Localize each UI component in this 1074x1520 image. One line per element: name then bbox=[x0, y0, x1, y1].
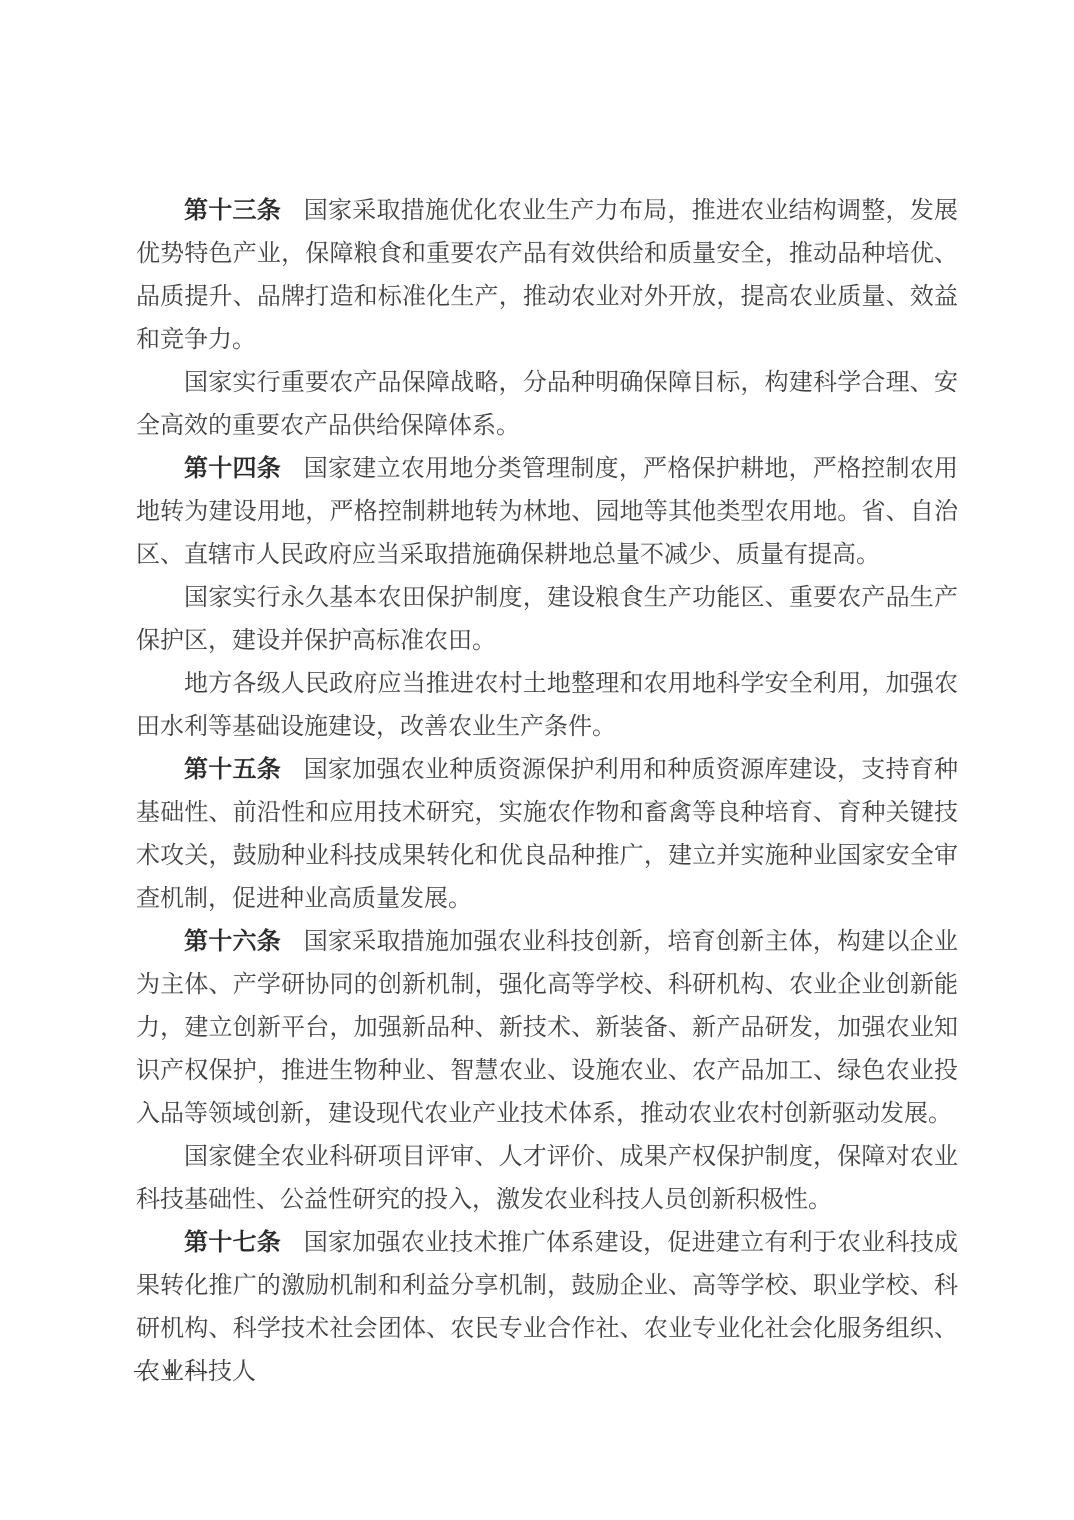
article-number: 第十四条 bbox=[184, 456, 281, 482]
paragraph: 第十七条国家加强农业技术推广体系建设，促进建立有利于农业科技成果转化推广的激励机… bbox=[136, 1222, 958, 1394]
paragraph-text: 国家健全农业科研项目评审、人才评价、成果产权保护制度，保障对农业科技基础性、公益… bbox=[136, 1144, 958, 1213]
article-number: 第十五条 bbox=[184, 757, 281, 783]
paragraph-text: 地方各级人民政府应当推进农村土地整理和农用地科学安全利用，加强农田水利等基础设施… bbox=[136, 671, 958, 740]
paragraph: 第十三条国家采取措施优化农业生产力布局，推进农业结构调整，发展优势特色产业，保障… bbox=[136, 190, 958, 362]
article-number: 第十七条 bbox=[184, 1230, 281, 1256]
article-number: 第十六条 bbox=[184, 929, 281, 955]
paragraph: 第十六条国家采取措施加强农业科技创新，培育创新主体，构建以企业为主体、产学研协同… bbox=[136, 921, 958, 1136]
document-content: 第十三条国家采取措施优化农业生产力布局，推进农业结构调整，发展优势特色产业，保障… bbox=[136, 190, 958, 1394]
document-page: 第十三条国家采取措施优化农业生产力布局，推进农业结构调整，发展优势特色产业，保障… bbox=[0, 0, 1074, 1520]
paragraph: 国家实行重要农产品保障战略，分品种明确保障目标，构建科学合理、安全高效的重要农产… bbox=[136, 362, 958, 448]
paragraph: 国家健全农业科研项目评审、人才评价、成果产权保护制度，保障对农业科技基础性、公益… bbox=[136, 1136, 958, 1222]
paragraph-text: 国家实行重要农产品保障战略，分品种明确保障目标，构建科学合理、安全高效的重要农产… bbox=[136, 370, 958, 439]
paragraph: 第十四条国家建立农用地分类管理制度，严格保护耕地，严格控制农用地转为建设用地，严… bbox=[136, 448, 958, 577]
paragraph: 第十五条国家加强农业种质资源保护利用和种质资源库建设，支持育种基础性、前沿性和应… bbox=[136, 749, 958, 921]
paragraph-text: 国家采取措施加强农业科技创新，培育创新主体，构建以企业为主体、产学研协同的创新机… bbox=[136, 929, 958, 1127]
page-number: — 4 — bbox=[134, 1356, 209, 1384]
paragraph: 国家实行永久基本农田保护制度，建设粮食生产功能区、重要农产品生产保护区，建设并保… bbox=[136, 577, 958, 663]
paragraph-text: 国家实行永久基本农田保护制度，建设粮食生产功能区、重要农产品生产保护区，建设并保… bbox=[136, 585, 958, 654]
article-number: 第十三条 bbox=[184, 198, 281, 224]
paragraph: 地方各级人民政府应当推进农村土地整理和农用地科学安全利用，加强农田水利等基础设施… bbox=[136, 663, 958, 749]
